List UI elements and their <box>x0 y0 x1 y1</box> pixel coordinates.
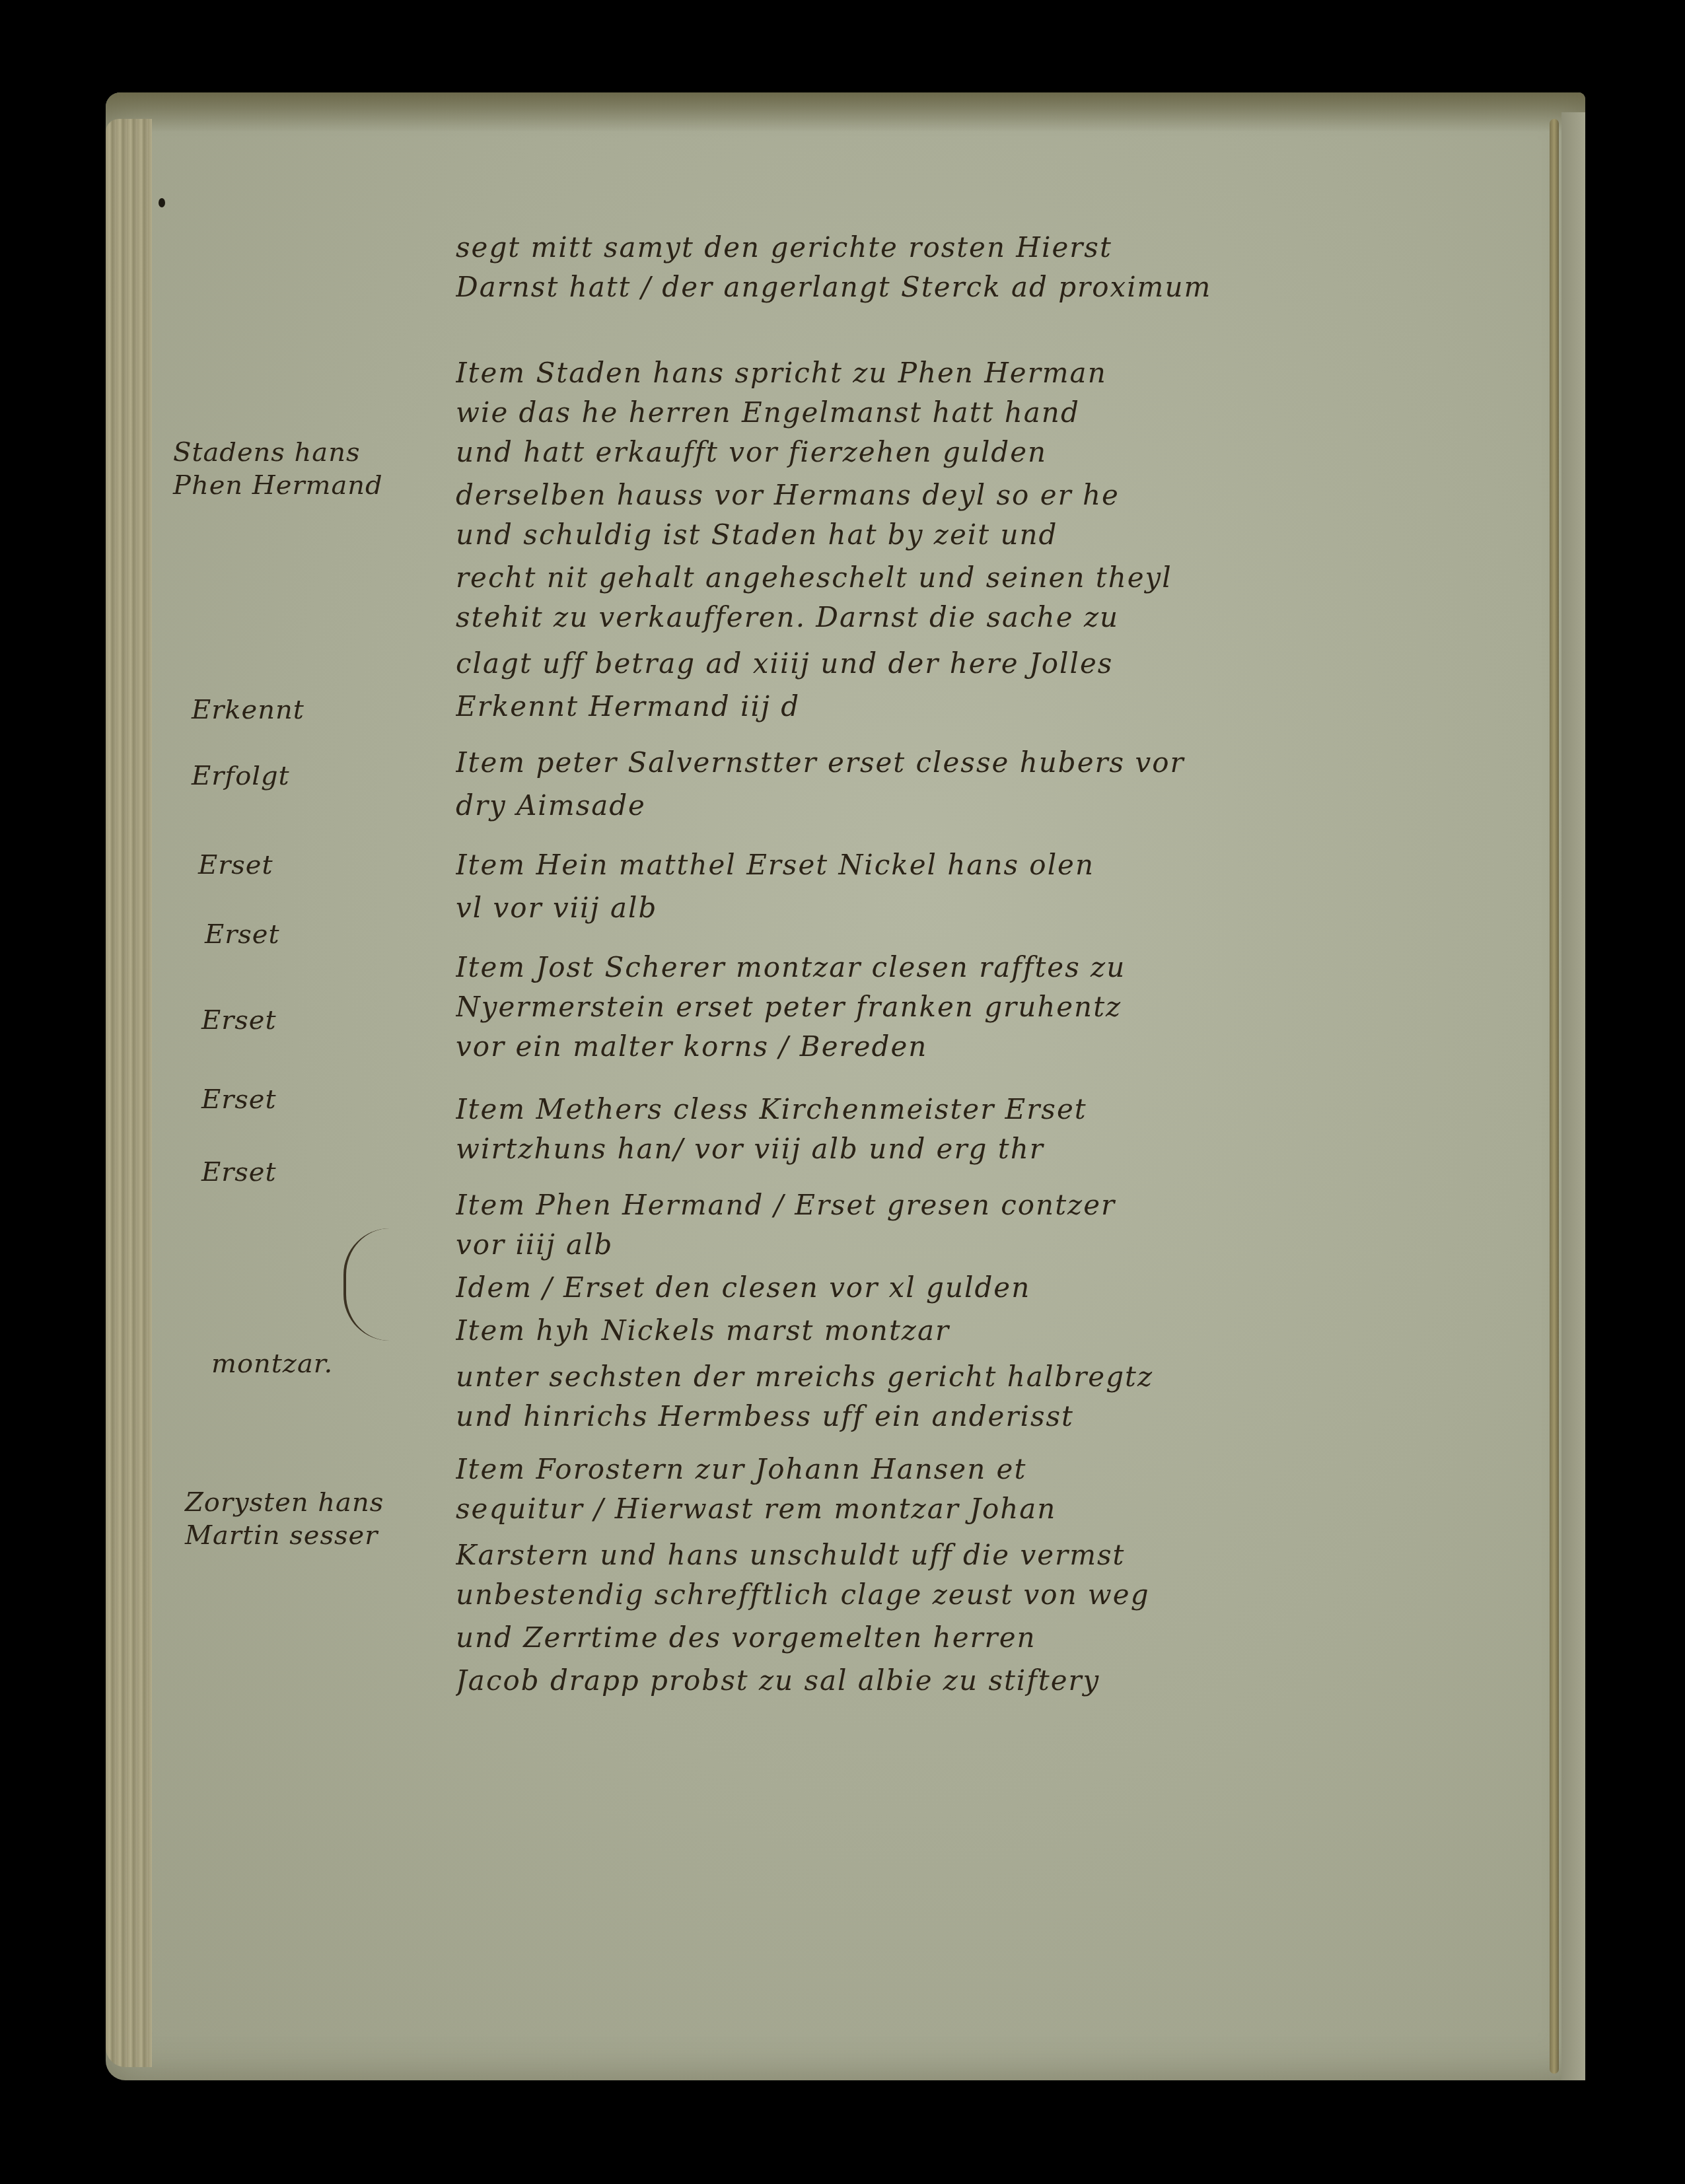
text-line: stehit zu verkaufferen. Darnst die sache… <box>456 601 1539 633</box>
text-line: Idem / Erset den clesen vor xl gulden <box>456 1271 1539 1304</box>
text-line: vl vor viij alb <box>456 892 1539 924</box>
text-line: Erkennt Hermand iij d <box>456 690 1539 722</box>
margin-note: Erset <box>201 1156 277 1189</box>
margin-note: montzar. <box>211 1347 333 1380</box>
text-line: unbestendig schrefftlich clage zeust von… <box>456 1578 1539 1611</box>
margin-note: Erset <box>205 918 280 951</box>
text-line: Item Staden hans spricht zu Phen Herman <box>456 357 1539 389</box>
text-line: Nyermerstein erset peter franken gruhent… <box>456 991 1539 1023</box>
text-line: dry Aimsade <box>456 789 1539 822</box>
text-line: Karstern und hans unschuldt uff die verm… <box>456 1539 1539 1571</box>
margin-note: Erset <box>201 1004 277 1037</box>
text-line: Item Hein matthel Erset Nickel hans olen <box>456 849 1539 881</box>
text-line: segt mitt samyt den gerichte rosten Hier… <box>456 231 1539 264</box>
text-line: und schuldig ist Staden hat by zeit und <box>456 518 1539 551</box>
margin-note: Erset <box>201 1083 277 1116</box>
text-line: clagt uff betrag ad xiiij und der here J… <box>456 647 1539 680</box>
next-page-strip <box>1561 112 1585 2080</box>
text-line: und hatt erkaufft vor fierzehen gulden <box>456 436 1539 468</box>
bracket-mark <box>343 1228 425 1341</box>
margin-note: Erkennt <box>192 693 305 726</box>
text-line: wie das he herren Engelmanst hatt hand <box>456 396 1539 429</box>
text-line: Item peter Salvernstter erset clesse hub… <box>456 746 1539 779</box>
text-line: und Zerrtime des vorgemelten herren <box>456 1621 1539 1654</box>
text-line: Darnst hatt / der angerlangt Sterck ad p… <box>456 271 1539 303</box>
text-line: recht nit gehalt angeheschelt und seinen… <box>456 561 1539 594</box>
text-line: vor iiij alb <box>456 1228 1539 1261</box>
text-line: Item Methers cless Kirchenmeister Erset <box>456 1093 1539 1125</box>
text-line: unter sechsten der mreichs gericht halbr… <box>456 1360 1539 1393</box>
text-line: vor ein malter korns / Bereden <box>456 1030 1539 1063</box>
text-line: derselben hauss vor Hermans deyl so er h… <box>456 479 1539 511</box>
margin-note: Stadens hans Phen Hermand <box>173 436 383 502</box>
text-line: sequitur / Hierwast rem montzar Johan <box>456 1493 1539 1525</box>
text-line: Item Phen Hermand / Erset gresen contzer <box>456 1189 1539 1221</box>
text-line: Item Forostern zur Johann Hansen et <box>456 1453 1539 1485</box>
text-line: und hinrichs Hermbess uff ein anderisst <box>456 1400 1539 1432</box>
margin-note: Erfolgt <box>192 759 290 793</box>
ink-dot <box>159 198 165 207</box>
page-top-edge <box>106 92 1585 132</box>
text-line: Jacob drapp probst zu sal albie zu stift… <box>456 1664 1539 1697</box>
text-line: Item hyh Nickels marst montzar <box>456 1314 1539 1347</box>
binding-gutter <box>1550 119 1559 2074</box>
text-line: Item Jost Scherer montzar clesen rafftes… <box>456 951 1539 983</box>
margin-note: Zorysten hans Martin sesser <box>185 1486 384 1552</box>
manuscript-page <box>106 92 1585 2080</box>
text-line: wirtzhuns han/ vor viij alb und erg thr <box>456 1133 1539 1165</box>
stacked-page-edges <box>106 119 152 2067</box>
margin-note: Erset <box>198 849 273 882</box>
